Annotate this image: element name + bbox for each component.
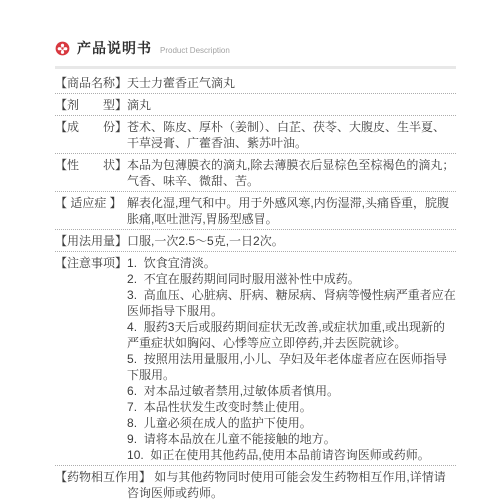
row-label: 【性 状】	[55, 157, 127, 173]
row-label: 【成 份】	[55, 119, 127, 135]
table-row: 【成 份】 苍术、陈皮、厚朴（姜制）、白芷、茯苓、大腹皮、生半夏、干草浸膏、广藿…	[55, 116, 456, 154]
precaution-item: 7. 本品性状发生改变时禁止使用。	[127, 399, 456, 415]
product-description-page: 产品说明书 Product Description 【商品名称】 天士力藿香正气…	[0, 0, 500, 500]
table-row: 【剂 型】 滴丸	[55, 94, 456, 116]
row-content: 口服,一次2.5～5克,一日2次。	[127, 233, 456, 249]
row-label: 【药物相互作用】	[55, 470, 151, 484]
precaution-item: 5. 按照用法用量服用,小儿、孕妇及年老体虚者应在医师指导下服用。	[127, 351, 456, 383]
spec-table: 【商品名称】 天士力藿香正气滴丸 【剂 型】 滴丸 【成 份】 苍术、陈皮、厚朴…	[55, 72, 456, 500]
row-content: 天士力藿香正气滴丸	[127, 75, 456, 91]
table-row: 【 适应症 】 解表化湿,理气和中。用于外感风寒,内伤湿滞,头痛昏重，脘腹胀痛,…	[55, 192, 456, 230]
table-row: 【药物相互作用】 如与其他药物同时使用可能会发生药物相互作用,详情请咨询医师或药…	[55, 466, 456, 500]
row-content: 如与其他药物同时使用可能会发生药物相互作用,详情请咨询医师或药师。	[127, 470, 446, 500]
precaution-item: 6. 对本品过敏者禁用,过敏体质者慎用。	[127, 383, 456, 399]
table-row: 【性 状】 本品为包薄膜衣的滴丸,除去薄膜衣后显棕色至棕褐色的滴丸；气香、味辛、…	[55, 154, 456, 192]
precaution-item: 4. 服药3天后或服药期间症状无改善,或症状加重,或出现新的严重症状如胸闷、心悸…	[127, 319, 456, 351]
row-content: 1. 饮食宜清淡。2. 不宜在服药期间同时服用滋补性中成药。3. 高血压、心脏病…	[127, 255, 456, 463]
page-header: 产品说明书 Product Description	[55, 38, 456, 58]
table-row: 【用法用量】 口服,一次2.5～5克,一日2次。	[55, 230, 456, 252]
row-label: 【注意事项】	[55, 255, 127, 271]
precaution-item: 10. 如正在使用其他药品,使用本品前请咨询医师或药师。	[127, 447, 456, 463]
precaution-item: 1. 饮食宜清淡。	[127, 255, 456, 271]
header-divider	[55, 66, 456, 69]
precaution-item: 2. 不宜在服药期间同时服用滋补性中成药。	[127, 271, 456, 287]
row-content: 滴丸	[127, 97, 456, 113]
page-title: 产品说明书	[77, 38, 152, 58]
row-content: 苍术、陈皮、厚朴（姜制）、白芷、茯苓、大腹皮、生半夏、干草浸膏、广藿香油、紫苏叶…	[127, 119, 456, 151]
row-label: 【用法用量】	[55, 233, 127, 249]
tasly-logo-icon	[55, 41, 70, 56]
table-row: 【商品名称】 天士力藿香正气滴丸	[55, 72, 456, 94]
precaution-item: 3. 高血压、心脏病、肝病、糖尿病、肾病等慢性病严重者应在医师指导下服用。	[127, 287, 456, 319]
page-subtitle: Product Description	[160, 46, 230, 55]
table-row: 【注意事项】 1. 饮食宜清淡。2. 不宜在服药期间同时服用滋补性中成药。3. …	[55, 252, 456, 466]
row-content: 解表化湿,理气和中。用于外感风寒,内伤湿滞,头痛昏重，脘腹胀痛,呕吐泄泻,胃肠型…	[127, 195, 456, 227]
row-label: 【 适应症 】	[55, 195, 127, 211]
row-label: 【剂 型】	[55, 97, 127, 113]
row-content: 本品为包薄膜衣的滴丸,除去薄膜衣后显棕色至棕褐色的滴丸；气香、味辛、微甜、苦。	[127, 157, 456, 189]
precaution-item: 8. 儿童必须在成人的监护下使用。	[127, 415, 456, 431]
precaution-item: 9. 请将本品放在儿童不能接触的地方。	[127, 431, 456, 447]
row-label: 【商品名称】	[55, 75, 127, 91]
